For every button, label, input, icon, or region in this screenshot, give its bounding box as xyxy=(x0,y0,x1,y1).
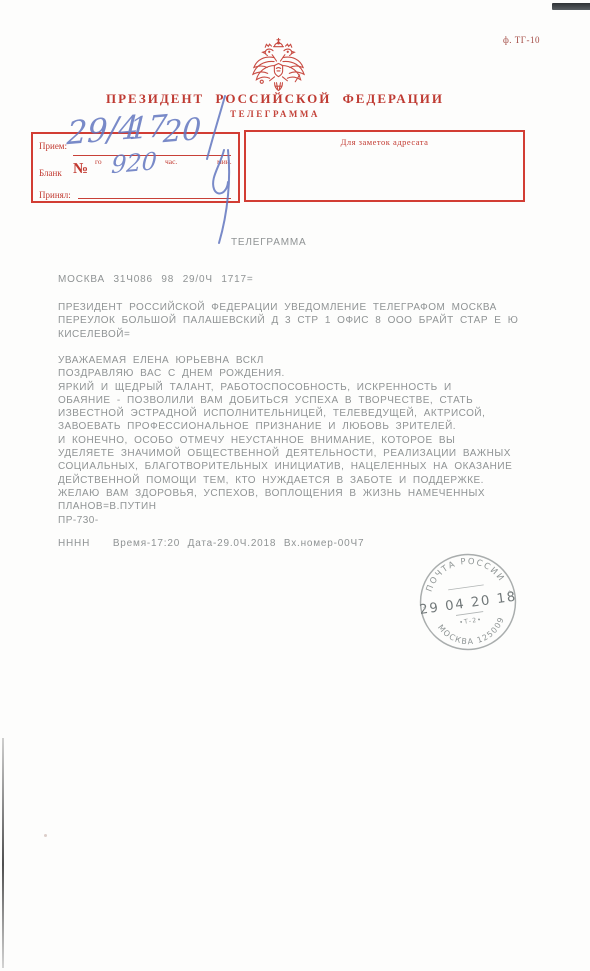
scan-edge-artifact-bar xyxy=(552,3,590,10)
addressee-notes-box: Для заметок адресата xyxy=(244,130,525,202)
scanned-telegram-document: ф. ТГ-10 ПРЕЗИДЕНТ Р xyxy=(0,0,590,971)
priem-label: Прием: xyxy=(39,141,67,151)
prinyal-label: Принял: xyxy=(39,190,71,200)
post-office-stamp: ПОЧТА РОССИИ МОСКВА 125009 29 04 20 18 •… xyxy=(410,546,526,658)
scan-speck xyxy=(44,834,47,837)
prinyal-underline xyxy=(78,198,231,199)
russian-coat-of-arms-icon xyxy=(247,37,310,93)
minute-unit-label: мин. xyxy=(217,157,232,166)
scan-left-edge-line xyxy=(2,738,4,968)
number-sign: № xyxy=(73,161,88,178)
telegram-footer-line: НННН Время-17:20 Дата-29.0Ч.2018 Вх.номе… xyxy=(58,538,364,549)
hour-unit-label: час. xyxy=(165,157,177,166)
telegram-service-line: МОСКВА 31Ч086 98 29/0Ч 1717= xyxy=(58,274,254,285)
form-code-label: ф. ТГ-10 xyxy=(470,35,540,45)
telegram-address-block: ПРЕЗИДЕНТ РОССИЙСКОЙ ФЕДЕРАЦИИ УВЕДОМЛЕН… xyxy=(58,301,518,341)
telegram-body-text: УВАЖАЕМАЯ ЕЛЕНА ЮРЬЕВНА ВСКЛ ПОЗДРАВЛЯЮ … xyxy=(58,354,512,527)
blank-label: Бланк xyxy=(39,168,62,178)
handwritten-minute: 20 xyxy=(162,112,202,151)
telegram-heading: ТЕЛЕГРАММА xyxy=(231,237,306,248)
date-unit-label: го xyxy=(95,157,102,166)
notes-label: Для заметок адресата xyxy=(246,137,523,147)
letterhead-title: ПРЕЗИДЕНТ РОССИЙСКОЙ ФЕДЕРАЦИИ xyxy=(60,91,490,107)
handwritten-blank-number: 920 xyxy=(111,147,158,179)
stamp-code: •Т-2• xyxy=(459,616,483,626)
